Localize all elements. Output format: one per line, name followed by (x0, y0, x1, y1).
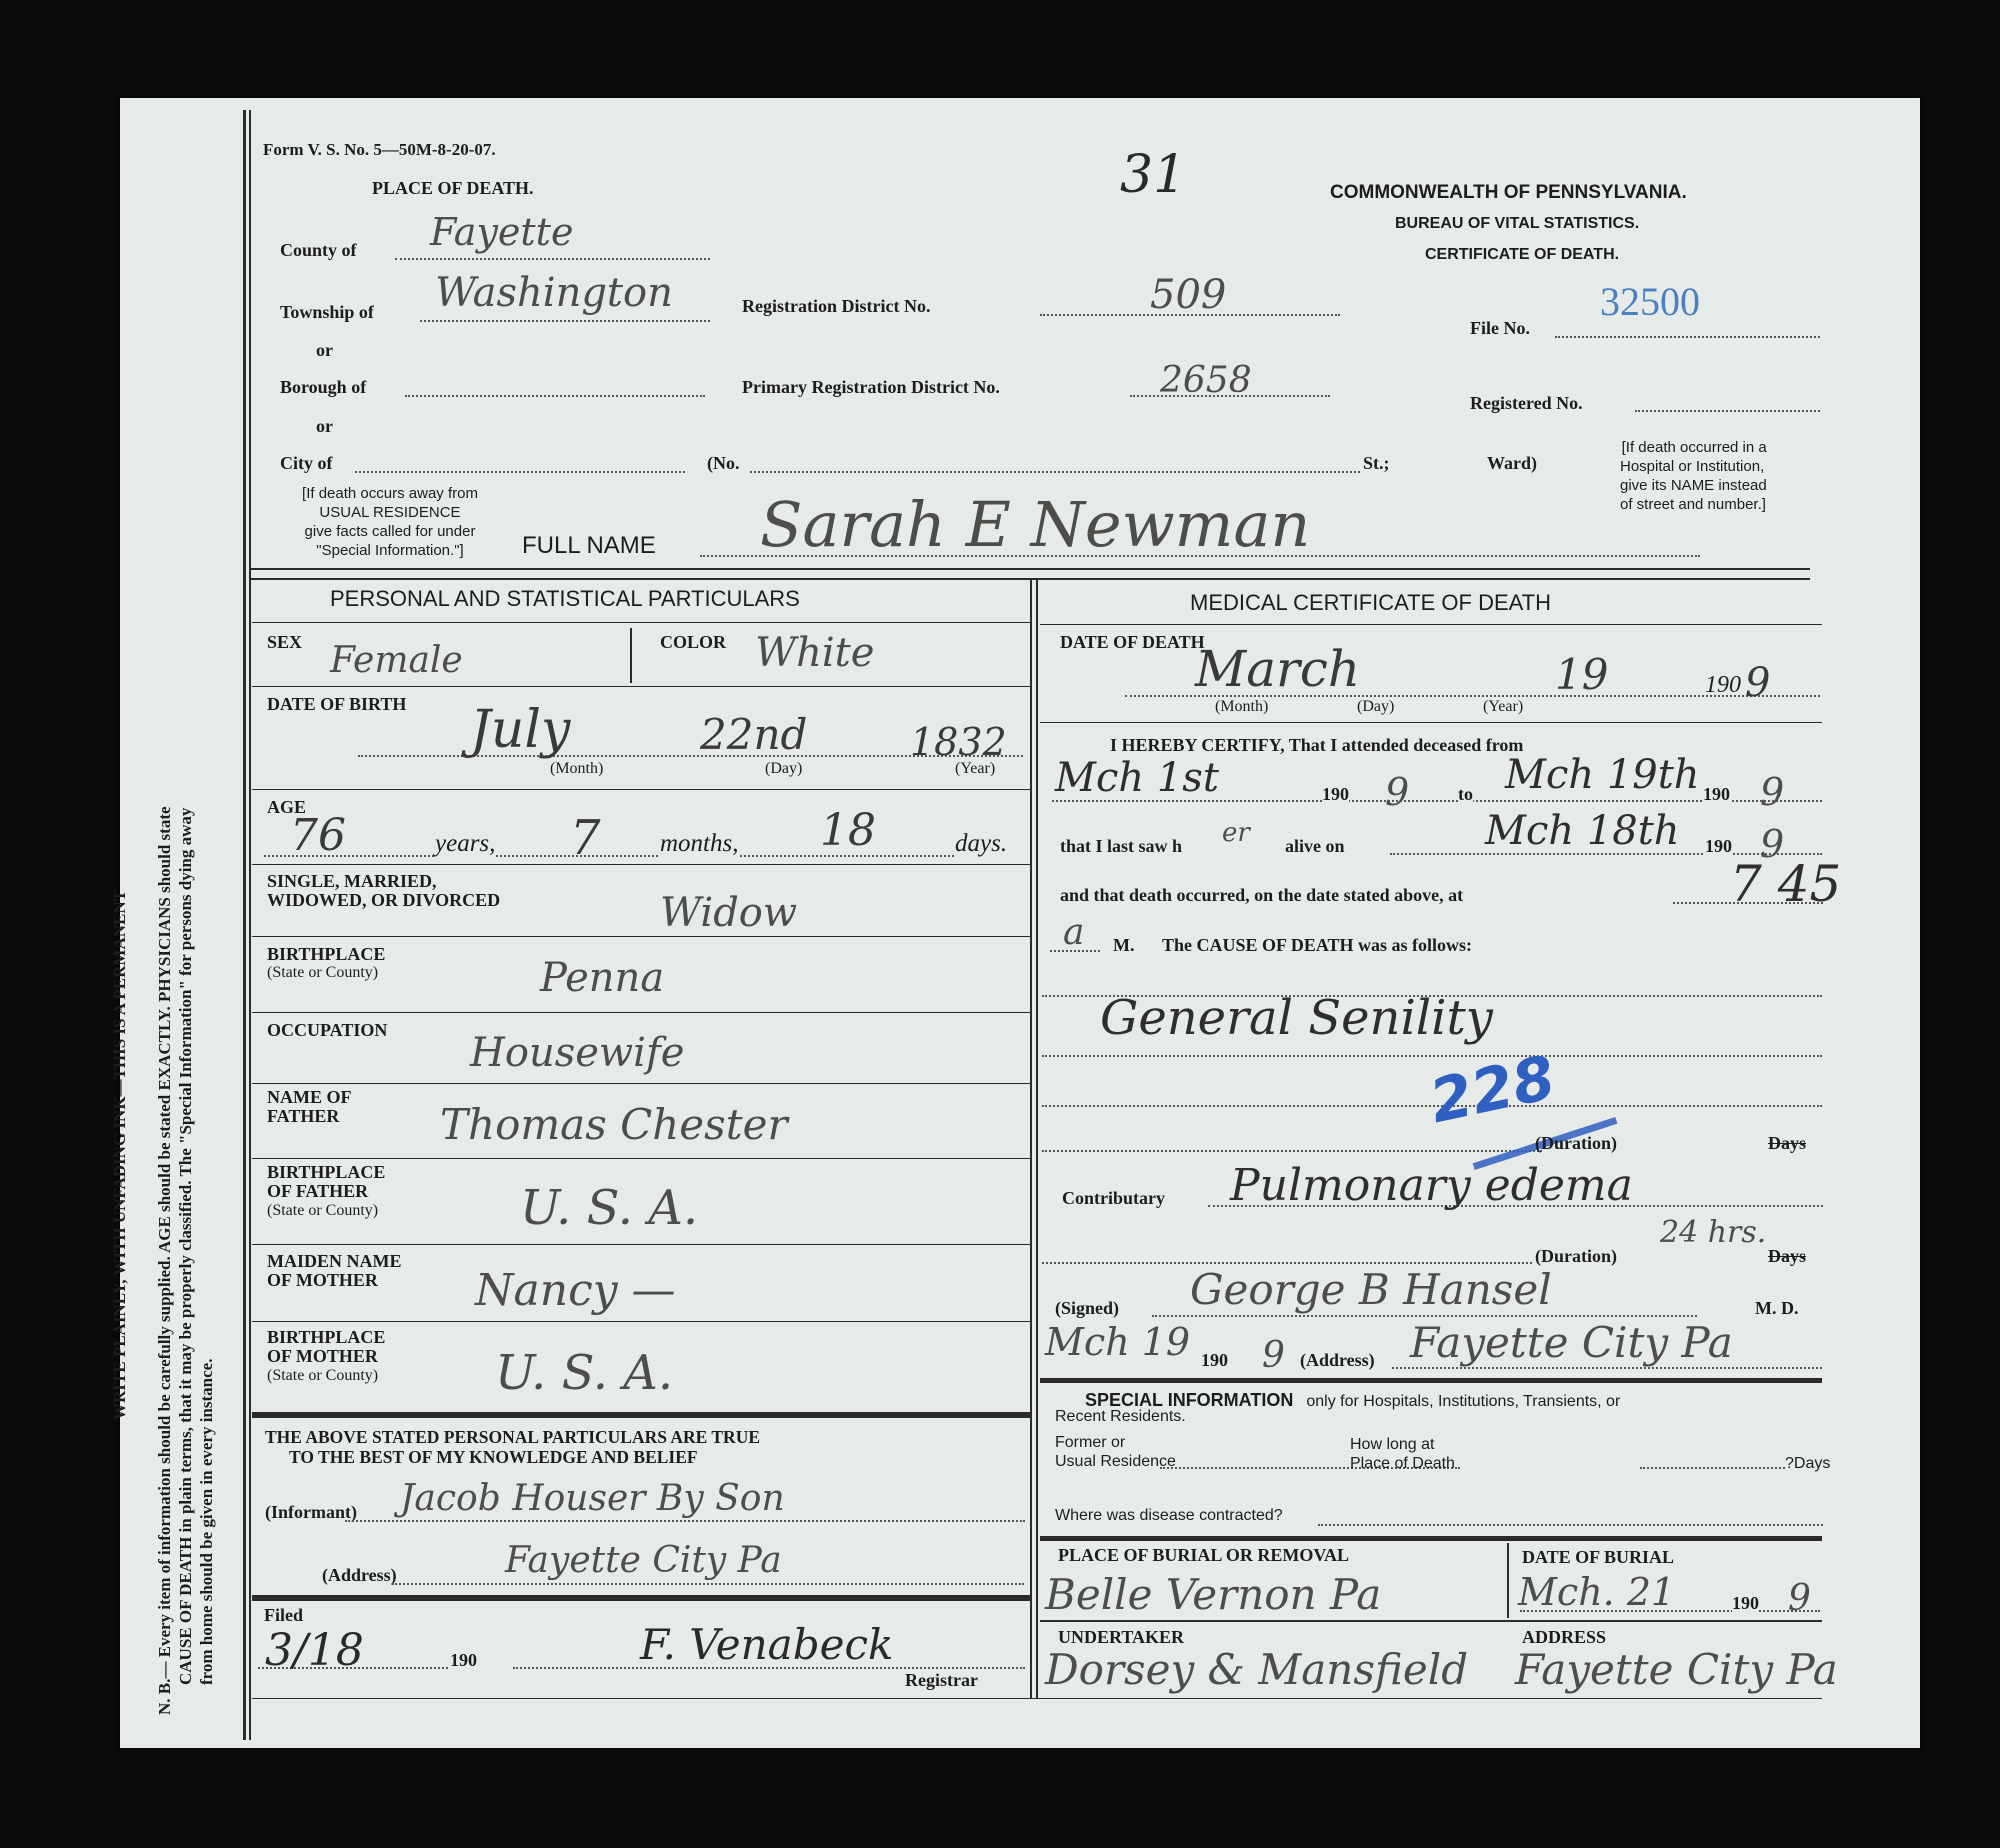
special-info-subtitle: only for Hospitals, Institutions, Transi… (1306, 1393, 1620, 1410)
last-saw-label: that I last saw h (1060, 836, 1182, 857)
frame-left-inner (249, 110, 251, 1740)
marital-label-line: SINGLE, MARRIED, (267, 872, 500, 891)
color-label: COLOR (660, 632, 726, 653)
dob-year-caption: (Year) (955, 760, 995, 778)
thick-divider (1040, 1536, 1822, 1541)
margin-nb-line1: N. B.— Every item of information should … (155, 806, 174, 1715)
m-label: M. (1113, 935, 1135, 956)
header-bureau: BUREAU OF VITAL STATISTICS. (1395, 215, 1639, 233)
primary-reg-value: 2658 (1160, 360, 1252, 401)
row-line (1040, 722, 1822, 723)
label-line: BIRTHPLACE (267, 1328, 385, 1347)
mother-birthplace-label: BIRTHPLACE OF MOTHER (State or County) (267, 1328, 385, 1385)
sequence-number: 31 (1120, 145, 1186, 205)
burial-place-value: Belle Vernon Pa (1045, 1570, 1381, 1619)
marital-value: Widow (660, 890, 797, 936)
margin-write-plainly: WRITE PLAINLY, WITH UNFADING INK—THIS IS… (110, 890, 129, 1420)
hospital-note-line: [If death occurred in a (1620, 438, 1767, 457)
label-line: Usual Residence (1055, 1452, 1176, 1471)
undertaker-address-value: Fayette City Pa (1515, 1645, 1838, 1694)
thick-divider (252, 1595, 1030, 1601)
marital-label-line: WIDOWED, OR DIVORCED (267, 891, 500, 910)
father-value: Thomas Chester (440, 1100, 788, 1149)
full-name-value: Sarah E Newman (760, 488, 1310, 561)
how-long-label: How long at Place of Death (1350, 1435, 1455, 1473)
filed-year-prefix: 190 (450, 1650, 477, 1671)
label-line: BIRTHPLACE (267, 1163, 385, 1182)
days-label-2: Days (1768, 1246, 1806, 1267)
attended-to: Mch 19th (1505, 752, 1700, 798)
margin-nb-line3: from home should be given in every insta… (197, 1359, 216, 1715)
cause-line-2 (1042, 1055, 1822, 1057)
md-label: M. D. (1755, 1298, 1799, 1319)
days-word: days. (955, 830, 1007, 858)
township-label: Township of (280, 302, 374, 323)
borough-field (405, 395, 705, 397)
to-year-prefix: 190 (1703, 784, 1730, 805)
dod-day: 19 (1555, 650, 1608, 699)
to-year: 9 (1760, 770, 1784, 814)
certify-text: I HEREBY CERTIFY, That I attended deceas… (1110, 735, 1523, 756)
street-no-label: (No. (707, 453, 740, 474)
away-note-line: give facts called for under (275, 522, 505, 541)
father-birthplace-label: BIRTHPLACE OF FATHER (State or County) (267, 1163, 385, 1220)
row-line (252, 1012, 1030, 1013)
or-label-2: or (316, 416, 333, 437)
father-label: NAME OF FATHER (267, 1088, 352, 1126)
hospital-note-line: of street and number.] (1620, 495, 1767, 514)
label-line: (State or County) (267, 1366, 385, 1385)
filed-label: Filed (264, 1605, 303, 1626)
last-saw-pronoun: er (1222, 818, 1250, 848)
dob-label: DATE OF BIRTH (267, 694, 406, 715)
header-certificate: CERTIFICATE OF DEATH. (1425, 246, 1619, 264)
form-number: Form V. S. No. 5—50M-8-20-07. (263, 140, 496, 160)
file-number-stamp: 32500 (1600, 278, 1700, 325)
how-long-field (1640, 1467, 1785, 1469)
ward-label: Ward) (1487, 453, 1537, 474)
city-field (355, 471, 685, 473)
label-line: OF MOTHER (267, 1347, 385, 1366)
township-value: Washington (435, 270, 673, 316)
header-commonwealth: COMMONWEALTH OF PENNSYLVANIA. (1330, 182, 1687, 204)
away-note-line: USUAL RESIDENCE (275, 503, 505, 522)
occupation-label: OCCUPATION (267, 1020, 387, 1041)
primary-reg-label: Primary Registration District No. (742, 377, 1000, 398)
thick-divider (1040, 1378, 1822, 1383)
signed-label: (Signed) (1055, 1298, 1119, 1319)
duration-label-1: (Duration) (1535, 1133, 1617, 1154)
divider (250, 568, 1810, 570)
column-divider (1036, 578, 1038, 1698)
contributary-value: Pulmonary edema (1230, 1160, 1633, 1211)
from-year-prefix: 190 (1322, 784, 1349, 805)
dob-year: 1832 (910, 720, 1007, 764)
age-years: 76 (290, 810, 346, 861)
cause-label: The CAUSE OF DEATH was as follows: (1162, 935, 1472, 956)
away-note-line: "Special Information."] (275, 541, 505, 560)
bottom-line (252, 1698, 1822, 1699)
mother-label: MAIDEN NAME OF MOTHER (267, 1252, 402, 1290)
physician-address-label: (Address) (1300, 1350, 1375, 1371)
father-label-line: FATHER (267, 1107, 352, 1126)
registered-no-field (1635, 410, 1820, 412)
how-long-days-label: ?Days (1785, 1455, 1830, 1473)
file-no-label: File No. (1470, 318, 1530, 339)
county-label: County of (280, 240, 357, 261)
row-line (252, 686, 1030, 687)
last-saw-year-prefix: 190 (1705, 836, 1732, 857)
frame-left (243, 110, 246, 1740)
label-line: How long at (1350, 1435, 1455, 1454)
filed-date: 3/18 (265, 1625, 364, 1676)
statement-line: TO THE BEST OF MY KNOWLEDGE AND BELIEF (265, 1447, 760, 1467)
sex-label: SEX (267, 632, 302, 653)
medical-title: MEDICAL CERTIFICATE OF DEATH (1190, 590, 1551, 616)
age-days: 18 (820, 805, 876, 856)
row-line (252, 1158, 1030, 1159)
away-note-line: [If death occurs away from (275, 484, 505, 503)
row-line (252, 1244, 1030, 1245)
last-saw-date: Mch 18th (1485, 808, 1680, 854)
contracted-field (1318, 1524, 1823, 1526)
label-line: OF MOTHER (267, 1271, 402, 1290)
signed-year-prefix: 190 (1201, 1350, 1228, 1371)
undertaker-value: Dorsey & Mansfield (1045, 1645, 1468, 1694)
row-line (1040, 1620, 1822, 1622)
registered-no-label: Registered No. (1470, 393, 1583, 414)
dod-label: DATE OF DEATH (1060, 632, 1205, 653)
row-line (252, 864, 1030, 865)
dod-year-suffix: 9 (1745, 660, 1770, 706)
away-note: [If death occurs away from USUAL RESIDEN… (275, 484, 505, 560)
registrar-label: Registrar (905, 1670, 978, 1691)
marital-label: SINGLE, MARRIED, WIDOWED, OR DIVORCED (267, 872, 500, 910)
dod-year-prefix: 190 (1705, 672, 1741, 699)
mother-value: Nancy — (475, 1265, 676, 1316)
burial-year: 9 (1788, 1578, 1811, 1619)
sex-value: Female (330, 640, 463, 681)
meridiem-field (1050, 950, 1100, 952)
contributary-duration: 24 hrs. (1660, 1215, 1766, 1250)
row-line (252, 1321, 1030, 1322)
informant-statement: THE ABOVE STATED PERSONAL PARTICULARS AR… (265, 1427, 760, 1467)
occupation-value: Housewife (470, 1030, 684, 1076)
file-no-field (1555, 336, 1820, 338)
birthplace-sublabel: (State or County) (267, 964, 378, 982)
burial-divider (1507, 1543, 1509, 1618)
borough-label: Borough of (280, 377, 366, 398)
duration-field-2 (1042, 1262, 1532, 1264)
label-line: OF FATHER (267, 1182, 385, 1201)
cause-value: General Senility (1100, 990, 1493, 1046)
signed-year: 9 (1262, 1335, 1285, 1376)
thick-divider (252, 1412, 1030, 1418)
personal-title: PERSONAL AND STATISTICAL PARTICULARS (330, 586, 800, 612)
registrar-signature: F. Venabeck (640, 1620, 893, 1669)
informant-value: Jacob Houser By Son (400, 1478, 785, 1519)
to-label: to (1458, 784, 1473, 805)
from-year: 9 (1385, 770, 1409, 814)
informant-address-field (392, 1583, 1024, 1585)
dod-day-caption: (Day) (1357, 698, 1394, 716)
father-birthplace-value: U. S. A. (520, 1180, 698, 1236)
street-label: St.; (1363, 453, 1390, 474)
informant-label: (Informant) (265, 1502, 357, 1523)
mother-birthplace-value: U. S. A. (495, 1345, 673, 1401)
column-divider (1030, 578, 1032, 1698)
former-residence-label: Former or Usual Residence (1055, 1433, 1176, 1471)
label-line: Former or (1055, 1433, 1176, 1452)
full-name-label: FULL NAME (522, 532, 656, 560)
special-info-subtitle-2: Recent Residents. (1055, 1408, 1186, 1426)
signed-date: Mch 19 (1045, 1320, 1190, 1364)
row-line (252, 789, 1030, 790)
dod-month-caption: (Month) (1215, 698, 1268, 716)
county-value: Fayette (430, 210, 573, 254)
physician-address-field (1392, 1367, 1822, 1369)
attended-from: Mch 1st (1055, 755, 1219, 801)
city-label: City of (280, 453, 333, 474)
label-line: Place of Death (1350, 1454, 1455, 1473)
or-label-1: or (316, 340, 333, 361)
row-line (252, 622, 1030, 623)
place-of-death-title: PLACE OF DEATH. (372, 178, 534, 199)
duration-field-1 (1042, 1150, 1542, 1152)
dod-month: March (1195, 640, 1360, 698)
dob-month-caption: (Month) (550, 760, 603, 778)
sex-color-divider (630, 628, 632, 683)
burial-date-value: Mch. 21 (1518, 1570, 1675, 1614)
street-field (750, 471, 1360, 473)
father-label-line: NAME OF (267, 1088, 352, 1107)
death-certificate (120, 98, 1920, 1748)
signed-field (1152, 1315, 1697, 1317)
dod-year-caption: (Year) (1483, 698, 1523, 716)
age-field (264, 855, 994, 857)
contracted-label: Where was disease contracted? (1055, 1507, 1283, 1525)
days-label-1: Days (1768, 1133, 1806, 1154)
margin-nb-line2: CAUSE OF DEATH in plain terms, that it m… (176, 808, 195, 1715)
special-info-title: SPECIAL INFORMATION (1085, 1390, 1293, 1410)
hospital-note-line: Hospital or Institution, (1620, 457, 1767, 476)
physician-address: Fayette City Pa (1410, 1318, 1733, 1367)
informant-address-value: Fayette City Pa (505, 1540, 782, 1581)
contributary-label: Contributary (1062, 1188, 1165, 1209)
months-word: months, (660, 830, 738, 858)
last-saw-label-b: alive on (1285, 836, 1345, 857)
physician-signature: George B Hansel (1190, 1265, 1552, 1314)
time-of-death: 7 45 (1730, 855, 1841, 913)
reg-district-label: Registration District No. (742, 296, 930, 317)
dob-month: July (470, 700, 570, 760)
dob-day: 22nd (700, 710, 807, 759)
birthplace-label: BIRTHPLACE (267, 944, 385, 965)
hospital-note-line: give its NAME instead (1620, 476, 1767, 495)
label-line: (State or County) (267, 1201, 385, 1220)
reg-district-value: 509 (1150, 272, 1226, 318)
years-word: years, (435, 830, 495, 858)
statement-line: THE ABOVE STATED PERSONAL PARTICULARS AR… (265, 1427, 760, 1447)
occurred-label: and that death occurred, on the date sta… (1060, 885, 1463, 906)
duration-label-2: (Duration) (1535, 1246, 1617, 1267)
hospital-note: [If death occurred in a Hospital or Inst… (1620, 438, 1767, 514)
township-field (420, 320, 710, 322)
burial-date-label: DATE OF BURIAL (1522, 1547, 1674, 1568)
informant-field (345, 1520, 1025, 1522)
row-line (252, 1083, 1030, 1084)
label-line: MAIDEN NAME (267, 1252, 402, 1271)
birthplace-value: Penna (540, 955, 664, 1001)
row-line (252, 936, 1030, 937)
age-months: 7 (570, 810, 601, 866)
county-field (395, 258, 710, 260)
meridiem: a (1063, 912, 1084, 953)
informant-address-label: (Address) (322, 1565, 397, 1586)
burial-year-prefix: 190 (1732, 1593, 1759, 1614)
burial-place-label: PLACE OF BURIAL OR REMOVAL (1058, 1545, 1349, 1566)
color-value: White (755, 630, 874, 676)
dob-day-caption: (Day) (765, 760, 802, 778)
row-line (1040, 624, 1822, 625)
